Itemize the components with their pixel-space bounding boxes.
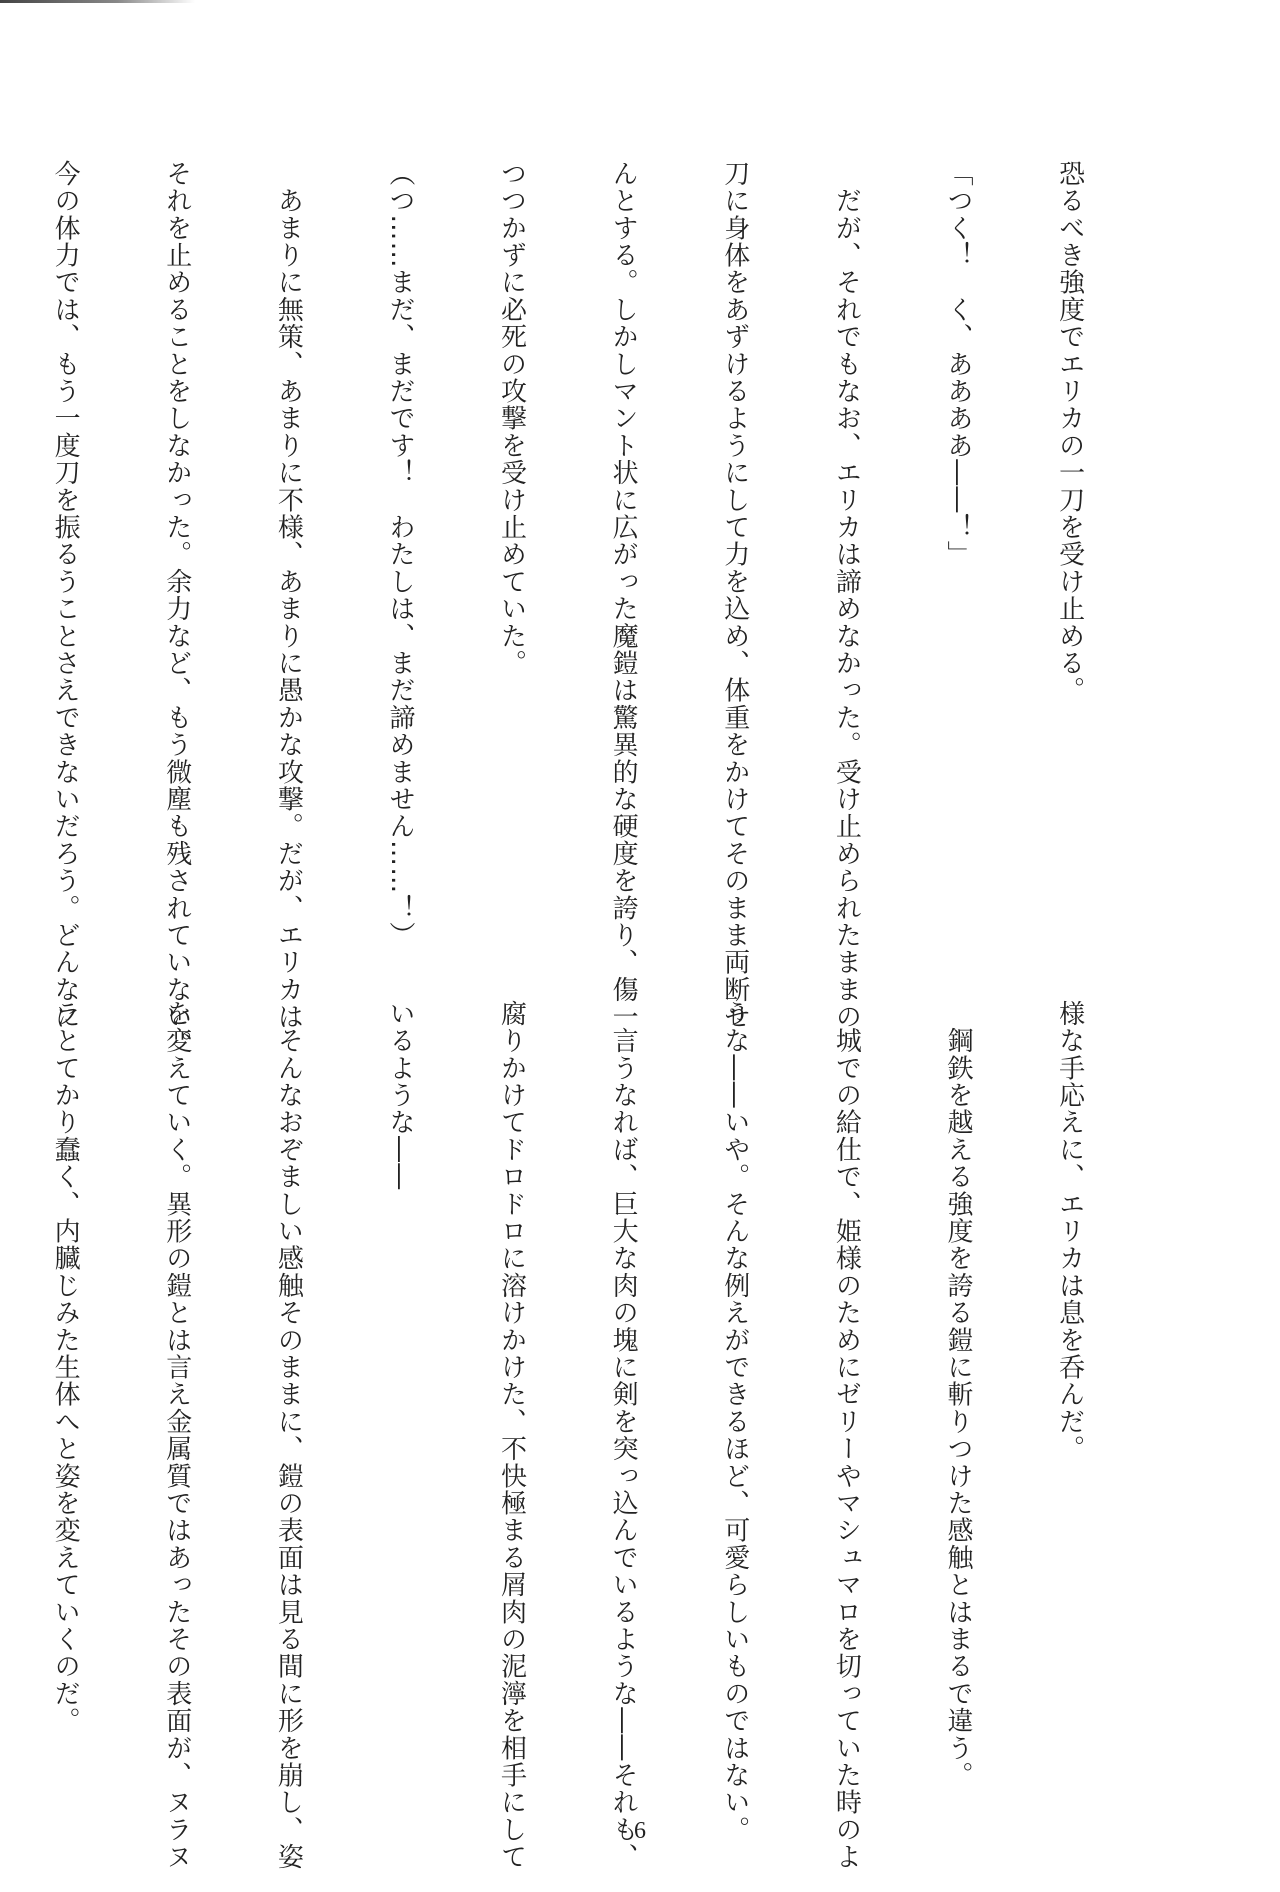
text-column: あまりに無策、あまりに不様、あまりに愚かな攻撃。だが、エリカは (269, 160, 306, 900)
text-column: 様な手応えに、エリカは息を呑んだ。 (1050, 1000, 1087, 1740)
text-column: 刀に身体をあずけるようにして力を込め、体重をかけてそのまま両断せ (716, 160, 753, 900)
text-column: 今の体力では、もう一度刀を振るうことさえできないだろう。どんなに (46, 160, 83, 900)
text-column: ラとてかり蠢く、内臓じみた生体へと姿を変えていくのだ。 (46, 1000, 83, 1740)
text-column: うな――いや。そんな例えができるほど、可愛らしいものではない。 (716, 1000, 753, 1740)
text-column: 腐りかけてドロドロに溶けかけた、不快極まる屑肉の泥濘を相手にして (492, 1000, 529, 1740)
page-number: 6 (0, 1818, 1280, 1845)
text-column: いるような―― (381, 1000, 418, 1740)
text-column: それを止めることをしなかった。余力など、もう微塵も残されていない。 (158, 160, 195, 900)
text-block-top: 恐るべき強度でエリカの一刀を受け止める。 「つく！ く、ああああ――！」 だが、… (132, 160, 1162, 900)
text-block-bottom: 様な手応えに、エリカは息を呑んだ。 鋼鉄を越える強度を誇る鎧に斬りつけた感触とは… (132, 1000, 1162, 1740)
text-column: 恐るべき強度でエリカの一刀を受け止める。 (1050, 160, 1087, 900)
text-column: を変えていく。異形の鎧とは言え金属質ではあったその表面が、ヌラヌ (158, 1000, 195, 1740)
text-column: （つ……まだ、まだです！ わたしは、まだ諦めません……！） (381, 160, 418, 900)
text-column: つつかずに必死の攻撃を受け止めていた。 (492, 160, 529, 900)
text-column: だが、それでもなお、エリカは諦めなかった。受け止められたままの (827, 160, 864, 900)
text-column: 「つく！ く、ああああ――！」 (939, 160, 976, 900)
text-column: そんなおぞましい感触そのままに、鎧の表面は見る間に形を崩し、姿 (269, 1000, 306, 1740)
text-column: 城での給仕で、姫様のためにゼリーやマシュマロを切っていた時のよ (827, 1000, 864, 1740)
text-column: 鋼鉄を越える強度を誇る鎧に斬りつけた感触とはまるで違う。 (939, 1000, 976, 1740)
scan-edge-mark (0, 0, 195, 3)
text-column: 言うなれば、巨大な肉の塊に剣を突っ込んでいるような――それも、 (604, 1000, 641, 1740)
text-column: んとする。しかしマント状に広がった魔鎧は驚異的な硬度を誇り、傷一 (604, 160, 641, 900)
